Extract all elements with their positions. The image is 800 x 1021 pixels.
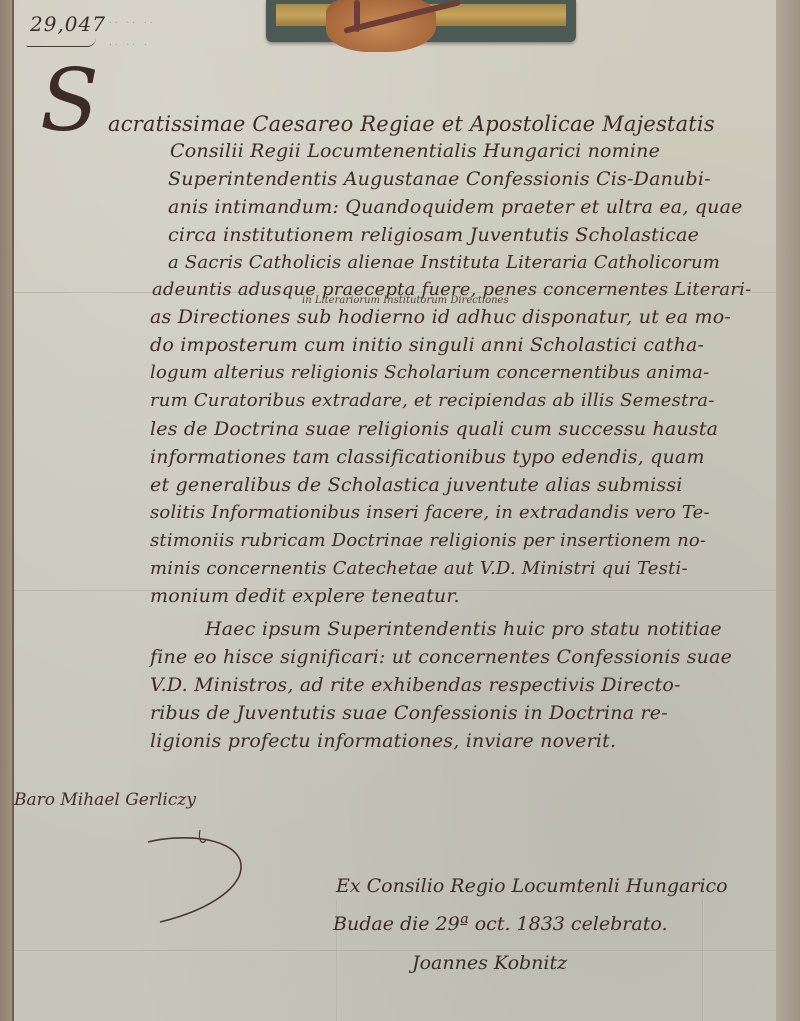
faint-stamp: ·· ·· ·· — [108, 18, 155, 27]
closing-council-line: Ex Consilio Regio Locumtenli Hungarico — [336, 875, 728, 897]
paragraph-line: ligionis profectu informationes, inviare… — [150, 730, 616, 752]
body-line: acratissimae Caesareo Regiae et Apostoli… — [108, 112, 715, 136]
faint-stamp: ·· ·· · — [108, 40, 149, 49]
reference-number: 29,047 — [30, 12, 106, 36]
paragraph-line: ribus de Juventutis suae Confessionis in… — [150, 702, 668, 724]
body-line: rum Curatoribus extradare, et recipienda… — [150, 390, 715, 411]
body-line: logum alterius religionis Scholarium con… — [150, 362, 709, 383]
body-line: stimoniis rubricam Doctrinae religionis … — [150, 530, 706, 551]
body-line: informationes tam classificationibus typ… — [150, 446, 705, 468]
closing-date-line: Budae die 29ª oct. 1833 celebrato. — [333, 913, 668, 935]
background-right-edge — [772, 0, 800, 1021]
fold-line — [14, 950, 776, 952]
body-line: do imposterum cum initio singuli anni Sc… — [150, 334, 704, 356]
interlinear-insertion: in Literariorum Institutorum Directiones — [302, 295, 509, 306]
body-line: Superintendentis Augustanae Confessionis… — [168, 168, 711, 190]
body-line: monium dedit explere teneatur. — [150, 585, 460, 607]
paragraph-line: Haec ipsum Superintendentis huic pro sta… — [205, 618, 722, 640]
paragraph-line: V.D. Ministros, ad rite exhibendas respe… — [150, 674, 681, 696]
body-line: minis concernentis Catechetae aut V.D. M… — [150, 558, 688, 579]
signature-flourish-icon — [140, 830, 250, 925]
reference-underline-flourish — [26, 38, 96, 47]
body-line: as Directiones sub hodierno id adhuc dis… — [150, 306, 731, 328]
body-line: solitis Informationibus inseri facere, i… — [150, 502, 710, 523]
body-line: a Sacris Catholicis alienae Instituta Li… — [168, 252, 720, 273]
closing-signature: Joannes Kobnitz — [412, 952, 567, 974]
signature-left: Baro Mihael Gerliczy — [14, 790, 196, 810]
seal-cord — [354, 0, 360, 32]
wax-seal — [326, 0, 436, 52]
paragraph-line: fine eo hisce significari: ut concernent… — [150, 646, 732, 668]
fold-line-vertical — [702, 900, 704, 1021]
body-line: Consilii Regii Locumtenentialis Hungaric… — [170, 140, 660, 162]
decorative-initial: S — [40, 58, 99, 144]
body-line: et generalibus de Scholastica juventute … — [150, 474, 683, 496]
body-line: circa institutionem religiosam Juventuti… — [168, 224, 699, 246]
body-line: anis intimandum: Quandoquidem praeter et… — [168, 196, 743, 218]
wax-seal-binding — [266, 0, 576, 42]
body-line: les de Doctrina suae religionis quali cu… — [150, 418, 718, 440]
